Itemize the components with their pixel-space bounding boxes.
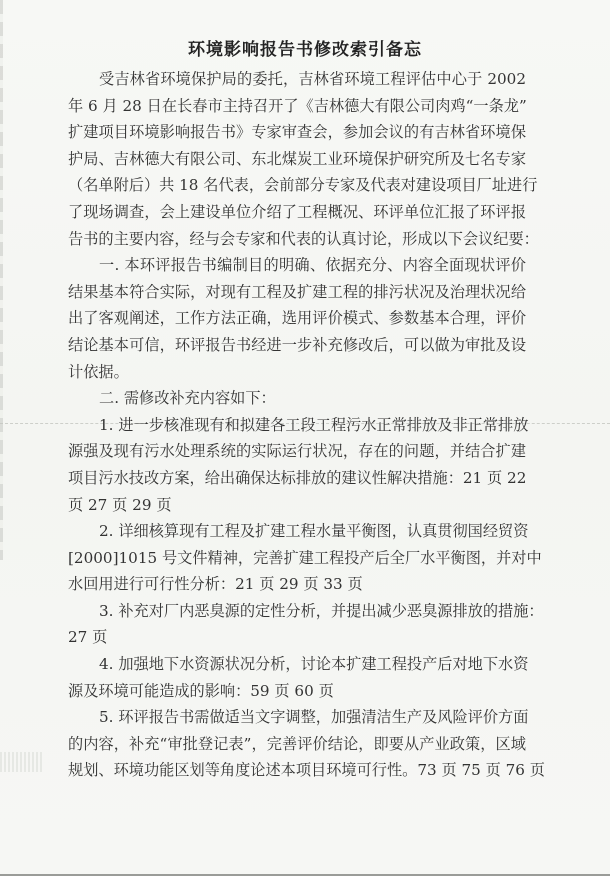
section-one-heading-line: 一. 本环评报告书编制目的明确、依据充分、内容全面现状评价 — [68, 252, 526, 279]
text-line: 年 6 月 28 日在长春市主持召开了《吉林德大有限公司肉鸡“一条龙” — [68, 93, 526, 120]
scan-smudge — [0, 752, 42, 772]
page-reference: 页 27 页 29 页 — [68, 492, 526, 519]
scanned-page: 环境影响报告书修改索引备忘 受吉林省环境保护局的委托，吉林省环境工程评估中心于 … — [0, 0, 610, 876]
page-reference: 27 页 — [68, 624, 526, 651]
text-line: 结论基本可信，环评报告书经进一步补充修改后，可以做为审批及设 — [68, 332, 526, 359]
text-line: 扩建项目环境影响报告书》专家审查会，参加会议的有吉林省环境保 — [68, 119, 526, 146]
item-3-line: 3. 补充对厂内恶臭源的定性分析，并提出减少恶臭源排放的措施： — [68, 598, 526, 625]
text-line: [2000]1015 号文件精神，完善扩建工程投产后全厂水平衡图，并对中 — [68, 545, 526, 572]
item-2-line: 2. 详细核算现有工程及扩建工程水量平衡图，认真贯彻国经贸资 — [68, 518, 526, 545]
text-line: 规划、环境功能区划等角度论述本项目环境可行性。73 页 75 页 76 页 — [68, 757, 526, 784]
text-line: 计依据。 — [68, 359, 526, 386]
document-title: 环境影响报告书修改索引备忘 — [0, 38, 610, 62]
section-two-heading: 二. 需修改补充内容如下： — [68, 385, 526, 412]
item-4-line: 4. 加强地下水资源状况分析，讨论本扩建工程投产后对地下水资 — [68, 651, 526, 678]
scan-edge-artifact — [0, 0, 3, 560]
text-line: （名单附后）共 18 名代表，会前部分专家及代表对建设项目厂址进行 — [68, 172, 526, 199]
text-line: 了现场调查，会上建设单位介绍了工程概况、环评单位汇报了环评报 — [68, 199, 526, 226]
text-line: 水回用进行可行性分析：21 页 29 页 33 页 — [68, 571, 526, 598]
text-line: 受吉林省环境保护局的委托，吉林省环境工程评估中心于 2002 — [68, 66, 526, 93]
text-line: 告书的主要内容，经与会专家和代表的认真讨论，形成以下会议纪要： — [68, 226, 526, 253]
text-line: 出了客观阐述，工作方法正确，选用评价模式、参数基本合理，评价 — [68, 305, 526, 332]
document-body: 受吉林省环境保护局的委托，吉林省环境工程评估中心于 2002 年 6 月 28 … — [68, 66, 526, 784]
text-line: 结果基本符合实际，对现有工程及扩建工程的排污状况及治理状况给 — [68, 279, 526, 306]
item-1-line: 1. 进一步核准现有和拟建各工段工程污水正常排放及非正常排放 — [68, 412, 526, 439]
text-line: 源强及现有污水处理系统的实际运行状况，存在的问题，并结合扩建 — [68, 438, 526, 465]
text-line: 源及环境可能造成的影响：59 页 60 页 — [68, 678, 526, 705]
text-line: 护局、吉林德大有限公司、东北煤炭工业环境保护研究所及七名专家 — [68, 146, 526, 173]
text-line: 的内容，补充“审批登记表”，完善评价结论，即要从产业政策，区域 — [68, 731, 526, 758]
text-line: 项目污水技改方案，给出确保达标排放的建议性解决措施：21 页 22 — [68, 465, 526, 492]
item-5-line: 5. 环评报告书需做适当文字调整，加强清洁生产及风险评价方面 — [68, 704, 526, 731]
